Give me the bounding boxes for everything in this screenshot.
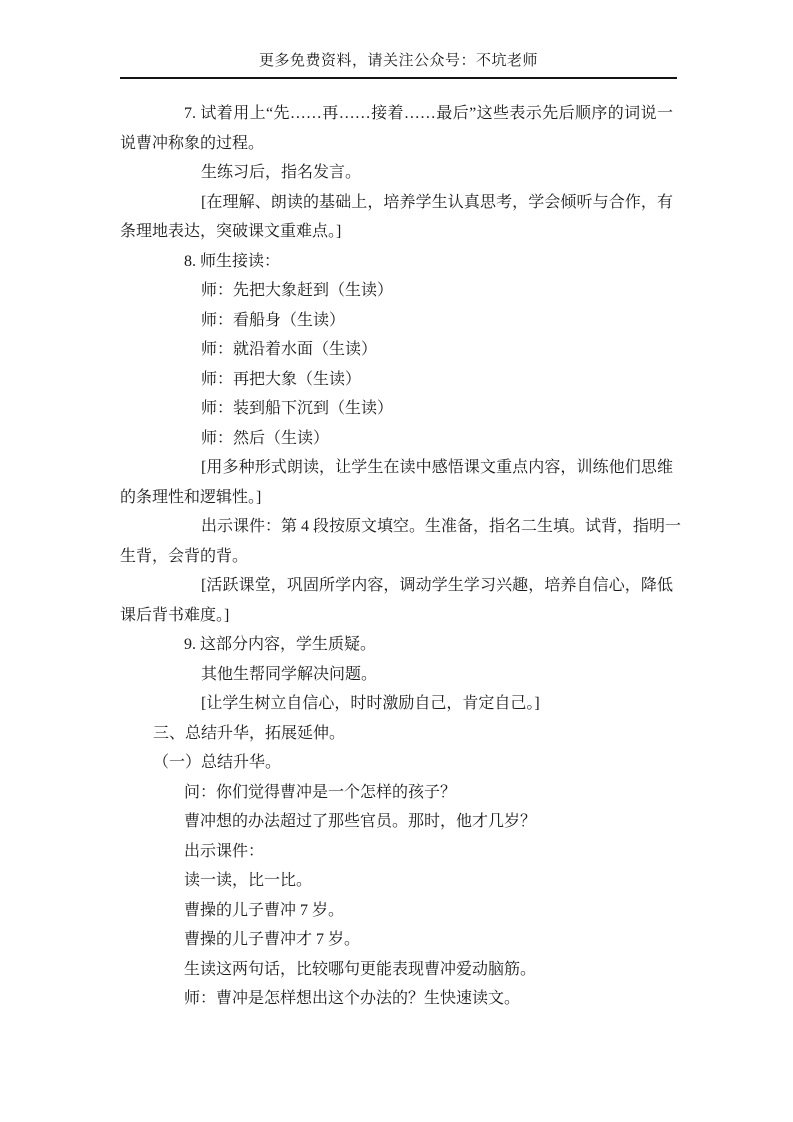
text-line: 生读这两句话，比较哪句更能表现曹冲爱动脑筋。: [120, 955, 673, 985]
text-line: 其他生帮同学解决问题。: [120, 660, 673, 690]
text-line: 师：就沿着水面（生读）: [120, 335, 673, 365]
document-body: 7. 试着用上“先……再……接着……最后”这些表示先后顺序的词说一说曹冲称象的过…: [120, 99, 673, 1014]
text-line: [在理解、朗读的基础上，培养学生认真思考，学会倾听与合作，有: [120, 188, 673, 218]
text-line: [让学生树立自信心，时时激励自己，肯定自己。]: [120, 689, 673, 719]
text-line: 条理地表达，突破课文重难点。]: [120, 217, 673, 247]
text-line: 问：你们觉得曹冲是一个怎样的孩子？: [120, 778, 673, 808]
text-line: 课后背书难度。]: [120, 601, 673, 631]
text-line: 7. 试着用上“先……再……接着……最后”这些表示先后顺序的词说一: [120, 99, 673, 129]
text-line: 师：看船身（生读）: [120, 306, 673, 336]
text-line: 曹操的儿子曹冲 7 岁。: [120, 896, 673, 926]
text-line: 生练习后，指名发言。: [120, 158, 673, 188]
header-notice: 更多免费资料，请关注公众号：不坑老师: [259, 53, 538, 69]
header: 更多免费资料，请关注公众号：不坑老师: [120, 50, 677, 79]
text-line: 师：先把大象赶到（生读）: [120, 276, 673, 306]
text-line: 出示课件：: [120, 837, 673, 867]
page: 更多免费资料，请关注公众号：不坑老师 7. 试着用上“先……再……接着……最后”…: [0, 0, 793, 1122]
text-line: 师：曹冲是怎样想出这个办法的？生快速读文。: [120, 984, 673, 1014]
text-line: 9. 这部分内容，学生质疑。: [120, 630, 673, 660]
text-line: 曹操的儿子曹冲才 7 岁。: [120, 925, 673, 955]
text-line: 师：装到船下沉到（生读）: [120, 394, 673, 424]
text-line: 出示课件：第 4 段按原文填空。生准备，指名二生填。试背，指明一: [120, 512, 673, 542]
text-line: 师：然后（生读）: [120, 424, 673, 454]
text-line: [活跃课堂，巩固所学内容，调动学生学习兴趣，培养自信心，降低: [120, 571, 673, 601]
text-line: 曹冲想的办法超过了那些官员。那时，他才几岁？: [120, 807, 673, 837]
text-line: 三、总结升华，拓展延伸。: [120, 719, 673, 749]
text-line: 读一读，比一比。: [120, 866, 673, 896]
text-line: （一）总结升华。: [120, 748, 673, 778]
text-line: [用多种形式朗读，让学生在读中感悟课文重点内容，训练他们思维: [120, 453, 673, 483]
text-line: 的条理性和逻辑性。]: [120, 483, 673, 513]
text-line: 说曹冲称象的过程。: [120, 129, 673, 159]
text-line: 生背，会背的背。: [120, 542, 673, 572]
text-line: 8. 师生接读：: [120, 247, 673, 277]
text-line: 师：再把大象（生读）: [120, 365, 673, 395]
